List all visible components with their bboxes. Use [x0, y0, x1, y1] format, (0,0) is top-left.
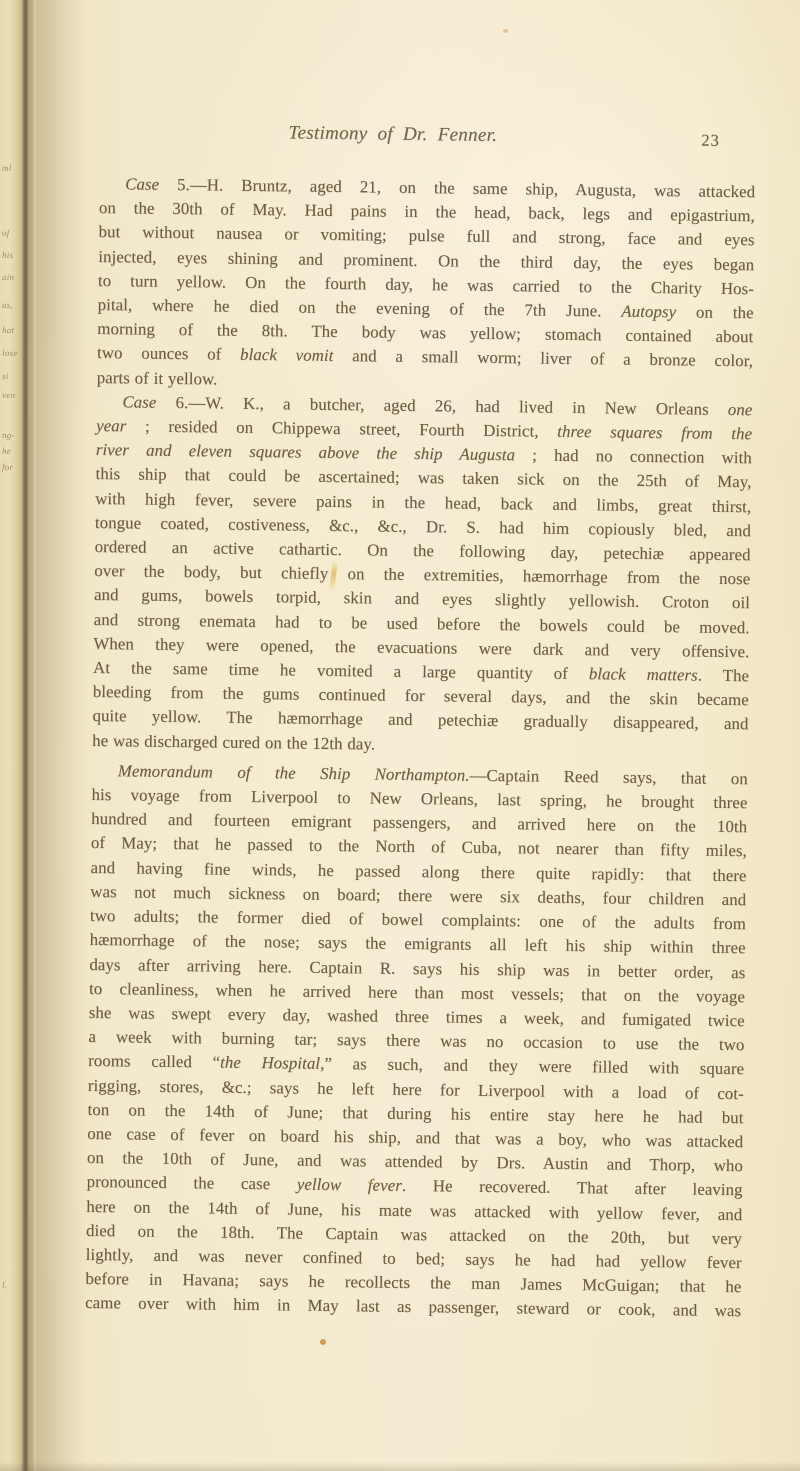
ink-speck: [503, 29, 508, 33]
ink-speck: [320, 1339, 326, 1345]
facing-page-text-fragment: he: [2, 446, 11, 456]
memorandum-paragraph: Memorandum of the Ship Northampton.—Capt…: [85, 759, 748, 1324]
facing-page-text-fragment: hat: [2, 325, 15, 335]
case-6-paragraph: Case 6.—W. K., a butcher, aged 26, had l…: [92, 390, 753, 761]
facing-page-text-fragment: as,: [2, 300, 13, 310]
facing-page-edge: mlofhisainas,hatlosesivenng-heforl.: [0, 0, 22, 1471]
page-number: 23: [701, 131, 720, 151]
facing-page-text-fragment: his: [2, 250, 14, 260]
running-title: Testimony of Dr. Fenner.: [100, 120, 686, 149]
facing-page-text-fragment: l.: [2, 1280, 8, 1290]
page-bottom-shadow: [0, 1462, 800, 1471]
facing-page-text-fragment: lose: [2, 348, 18, 358]
facing-page-text-fragment: si: [2, 371, 9, 381]
facing-page-text-fragment: ven: [2, 390, 16, 400]
facing-page-text-fragment: for: [2, 462, 14, 472]
facing-page-text-fragment: ain: [2, 272, 15, 282]
facing-page-text-fragment: ml: [2, 163, 12, 173]
facing-page-text-fragment: of: [2, 228, 10, 238]
book-page-scan: mlofhisainas,hatlosesivenng-heforl. Test…: [0, 0, 800, 1471]
facing-page-text-fragment: ng-: [2, 430, 15, 440]
page-body: Case 5.—H. Bruntz, aged 21, on the same …: [85, 172, 755, 1324]
ink-speck: [368, 1180, 372, 1184]
case-5-paragraph: Case 5.—H. Bruntz, aged 21, on the same …: [97, 172, 756, 398]
book-gutter: [22, 0, 36, 1471]
printed-page: Testimony of Dr. Fenner. 23 Case 5.—H. B…: [100, 120, 756, 128]
gutter-shadow: [36, 0, 88, 1471]
